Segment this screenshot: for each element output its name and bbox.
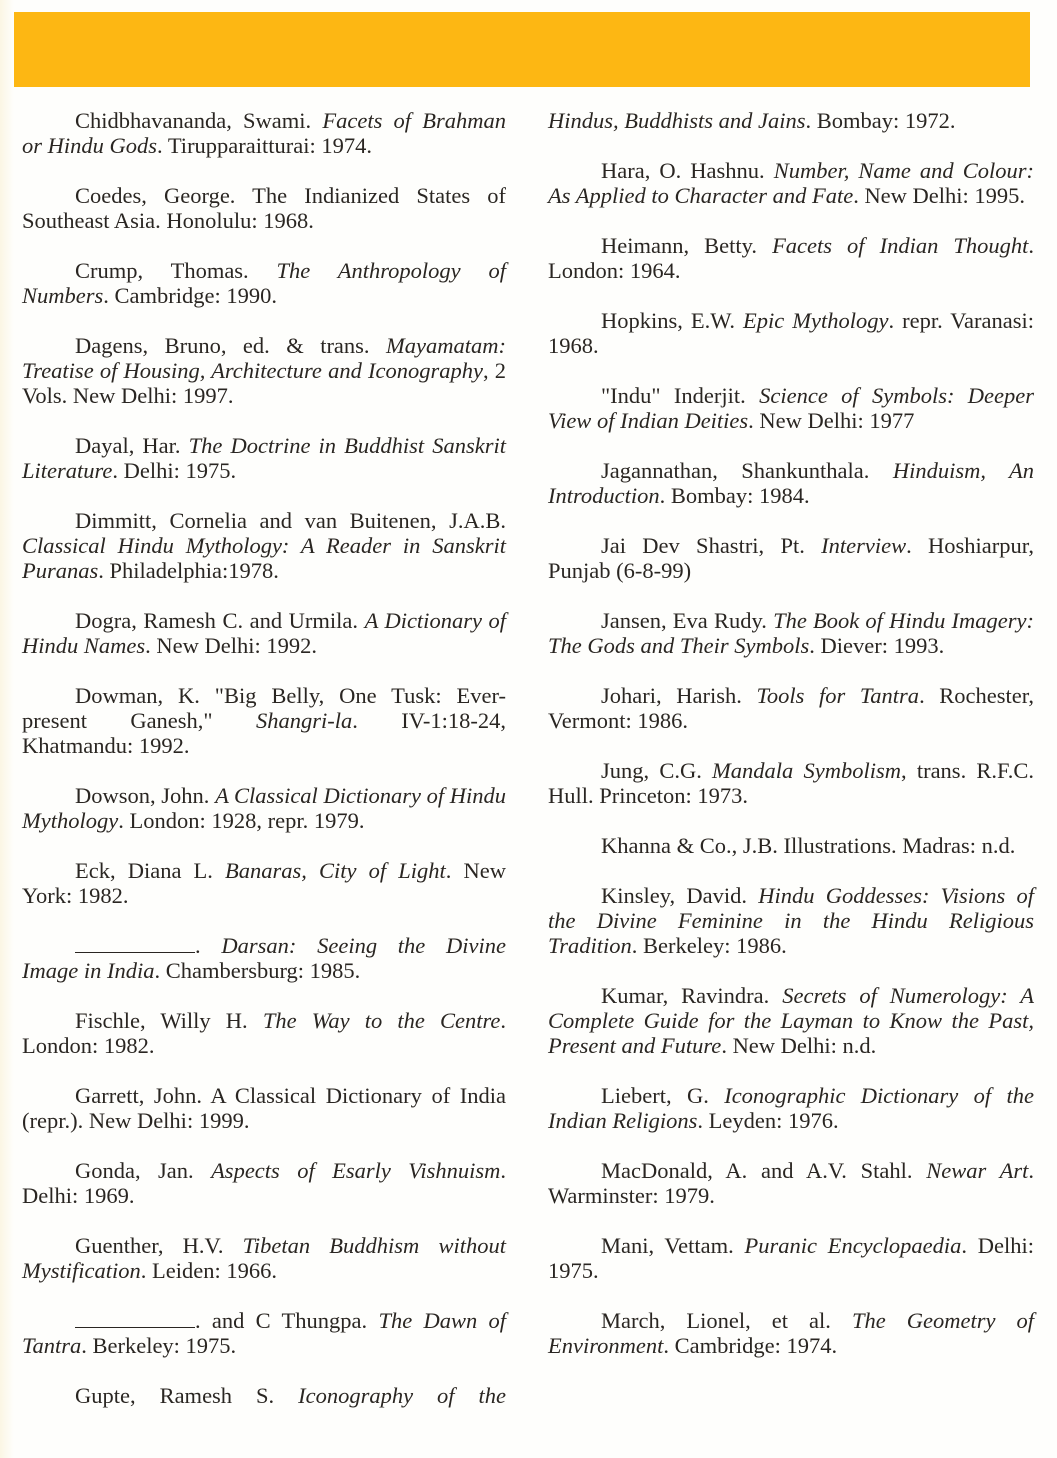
- header-banner: [14, 12, 1030, 87]
- bibliography-entry: Jai Dev Shastri, Pt. Interview. Hoshiarp…: [548, 533, 1034, 583]
- ditto-blank-line: [75, 1309, 195, 1328]
- bibliography-entry: Gupte, Ramesh S. Iconography of the: [22, 1383, 506, 1408]
- bibliography-entry: Dagens, Bruno, ed. & trans. Mayamatam: T…: [22, 333, 506, 408]
- bibliography-right-column: Hindus, Buddhists and Jains. Bombay: 197…: [548, 108, 1034, 1383]
- bibliography-entry: Guenther, H.V. Tibetan Buddhism without …: [22, 1233, 506, 1283]
- bibliography-entry: . and C Thungpa. The Dawn of Tantra. Ber…: [22, 1308, 506, 1358]
- bibliography-entry: Dayal, Har. The Doctrine in Buddhist San…: [22, 433, 506, 483]
- bibliography-left-column: Chidbhavananda, Swami. Facets of Brahman…: [22, 108, 506, 1433]
- ditto-blank-line: [75, 934, 195, 953]
- bibliography-entry: Kinsley, David. Hindu Goddesses: Visions…: [548, 883, 1034, 958]
- bibliography-entry: Heimann, Betty. Facets of Indian Thought…: [548, 233, 1034, 283]
- bibliography-entry: Hara, O. Hashnu. Number, Name and Colour…: [548, 158, 1034, 208]
- bibliography-entry: Gonda, Jan. Aspects of Esarly Vishnuism.…: [22, 1158, 506, 1208]
- bibliography-entry: Johari, Harish. Tools for Tantra. Roches…: [548, 683, 1034, 733]
- bibliography-entry: Dogra, Ramesh C. and Urmila. A Dictionar…: [22, 608, 506, 658]
- bibliography-entry: "Indu" Inderjit. Science of Symbols: Dee…: [548, 383, 1034, 433]
- bibliography-entry: Mani, Vettam. Puranic Encyclopaedia. Del…: [548, 1233, 1034, 1283]
- bibliography-entry: Dowman, K. "Big Belly, One Tusk: Ever-pr…: [22, 683, 506, 758]
- bibliography-entry: Coedes, George. The Indianized States of…: [22, 183, 506, 233]
- page-edge-shadow: [0, 0, 14, 1458]
- bibliography-entry: Crump, Thomas. The Anthropology of Numbe…: [22, 258, 506, 308]
- bibliography-entry: Eck, Diana L. Banaras, City of Light. Ne…: [22, 858, 506, 908]
- bibliography-entry: . Darsan: Seeing the Divine Image in Ind…: [22, 933, 506, 983]
- bibliography-entry: Dimmitt, Cornelia and van Buitenen, J.A.…: [22, 508, 506, 583]
- bibliography-entry: Khanna & Co., J.B. Illustrations. Madras…: [548, 833, 1034, 858]
- bibliography-entry: Jagannathan, Shankunthala. Hinduism, An …: [548, 458, 1034, 508]
- bibliography-entry: Garrett, John. A Classical Dictionary of…: [22, 1083, 506, 1133]
- bibliography-entry: Jansen, Eva Rudy. The Book of Hindu Imag…: [548, 608, 1034, 658]
- bibliography-entry: Kumar, Ravindra. Secrets of Numerology: …: [548, 983, 1034, 1058]
- bibliography-entry: Liebert, G. Iconographic Dictionary of t…: [548, 1083, 1034, 1133]
- bibliography-entry: MacDonald, A. and A.V. Stahl. Newar Art.…: [548, 1158, 1034, 1208]
- bibliography-entry: Chidbhavananda, Swami. Facets of Brahman…: [22, 108, 506, 158]
- bibliography-entry-continued: Hindus, Buddhists and Jains. Bombay: 197…: [548, 108, 1034, 133]
- bibliography-entry: March, Lionel, et al. The Geometry of En…: [548, 1308, 1034, 1358]
- bibliography-entry: Hopkins, E.W. Epic Mythology. repr. Vara…: [548, 308, 1034, 358]
- bibliography-entry: Dowson, John. A Classical Dictionary of …: [22, 783, 506, 833]
- bibliography-entry: Fischle, Willy H. The Way to the Centre.…: [22, 1008, 506, 1058]
- bibliography-entry: Jung, C.G. Mandala Symbolism, trans. R.F…: [548, 758, 1034, 808]
